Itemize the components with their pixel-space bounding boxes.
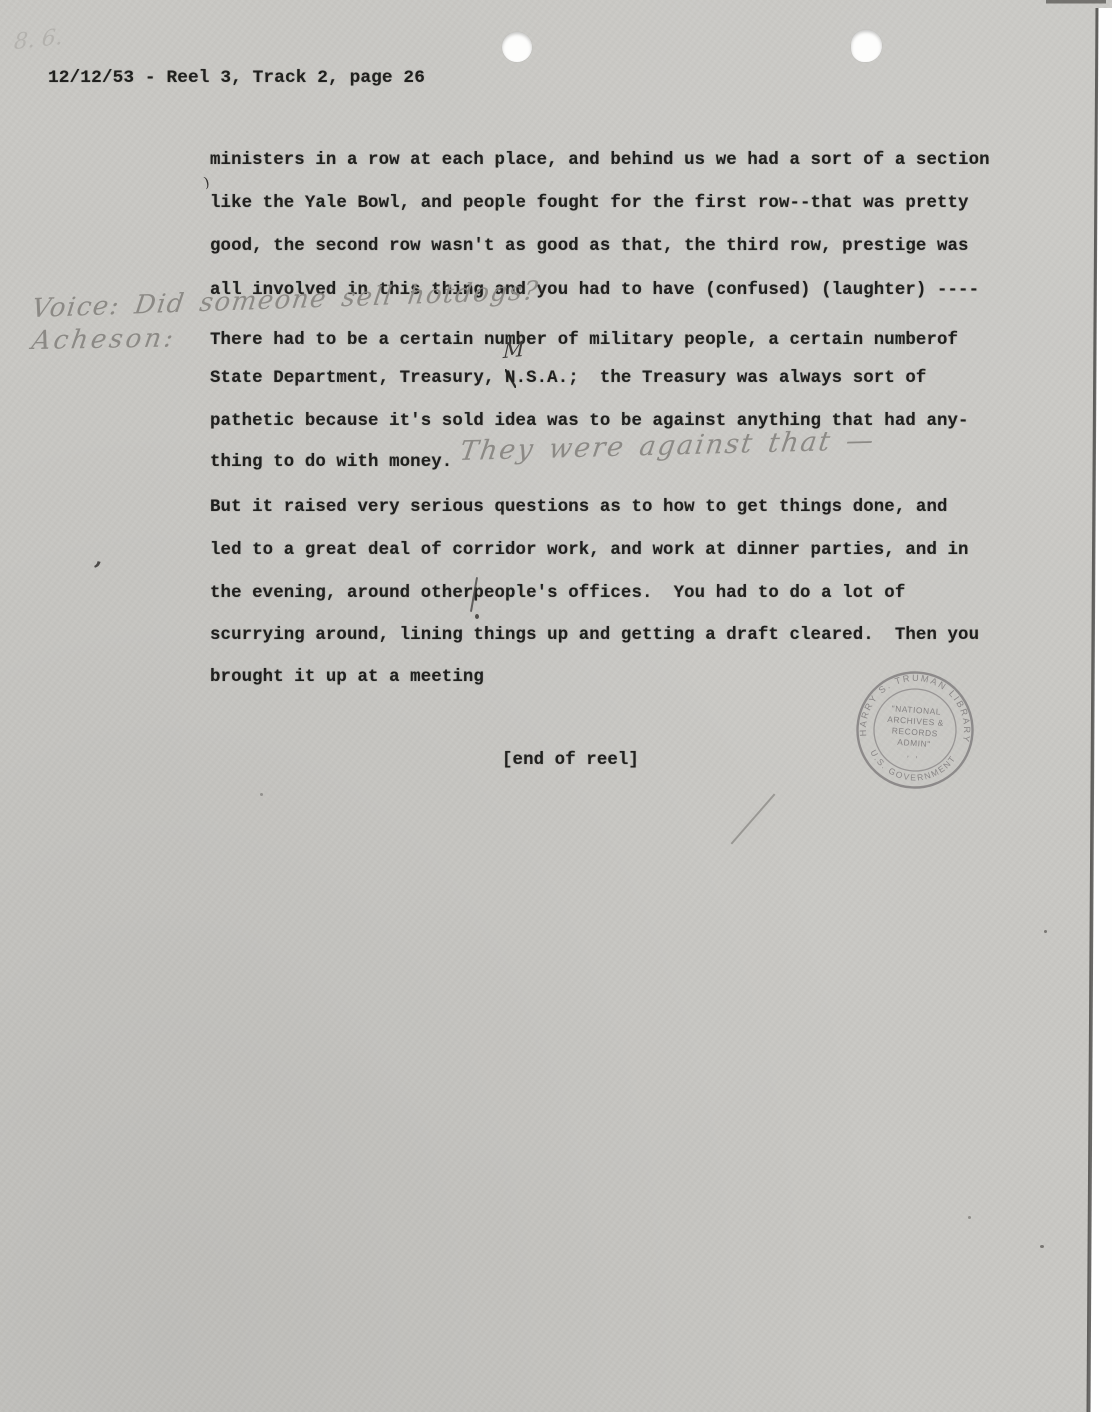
- paper-speck: [1040, 1245, 1044, 1248]
- paper-speck: [1044, 930, 1047, 933]
- typed-line: the evening, around otherpeople's office…: [210, 583, 905, 605]
- typed-line: thing to do with money.: [210, 452, 452, 474]
- page-header: 12/12/53 - Reel 3, Track 2, page 26: [48, 67, 425, 89]
- typed-line: good, the second row wasn't as good as t…: [210, 236, 969, 258]
- punch-hole-left: [502, 32, 532, 62]
- corner-pencil-mark: 8. 6.: [13, 25, 63, 55]
- paper-speck: [968, 1216, 971, 1219]
- truman-library-archive-stamp: HARRY S. TRUMAN LIBRARY U.S. GOVERNMENT …: [829, 644, 1001, 816]
- punch-hole-right: [851, 30, 882, 62]
- end-of-reel-marker: [end of reel]: [502, 750, 639, 772]
- typed-line: like the Yale Bowl, and people fought fo…: [210, 193, 969, 215]
- nsa-line-pre: State Department, Treasury,: [210, 369, 505, 388]
- msa-correction-annotation: M: [503, 337, 525, 363]
- struck-letter: N: [505, 369, 516, 388]
- scanned-transcript-page: 8. 6. 12/12/53 - Reel 3, Track 2, page 2…: [0, 0, 1112, 1412]
- typed-line: led to a great deal of corridor work, an…: [210, 540, 969, 562]
- stamp-center-line: , ,: [907, 750, 920, 760]
- pencil-dot-mark: [475, 614, 479, 619]
- typed-line-nsa: State Department, Treasury, N.S.A.; the …: [210, 368, 926, 390]
- nsa-line-post: .S.A.; the Treasury was always sort of: [516, 369, 927, 388]
- typed-line: ministers in a row at each place, and be…: [210, 150, 990, 172]
- diagonal-scratch-mark: [731, 793, 776, 844]
- typed-line: There had to be a certain number of mili…: [210, 330, 958, 352]
- typed-line: But it raised very serious questions as …: [210, 497, 948, 519]
- speaker-annotation: Acheson:: [30, 323, 179, 356]
- margin-pencil-comma: ,: [93, 544, 107, 571]
- paper-speck: [260, 793, 263, 796]
- stamp-center-line: ADMIN": [897, 737, 931, 749]
- stray-pencil-mark: ): [202, 175, 211, 192]
- typed-line: brought it up at a meeting: [210, 667, 484, 689]
